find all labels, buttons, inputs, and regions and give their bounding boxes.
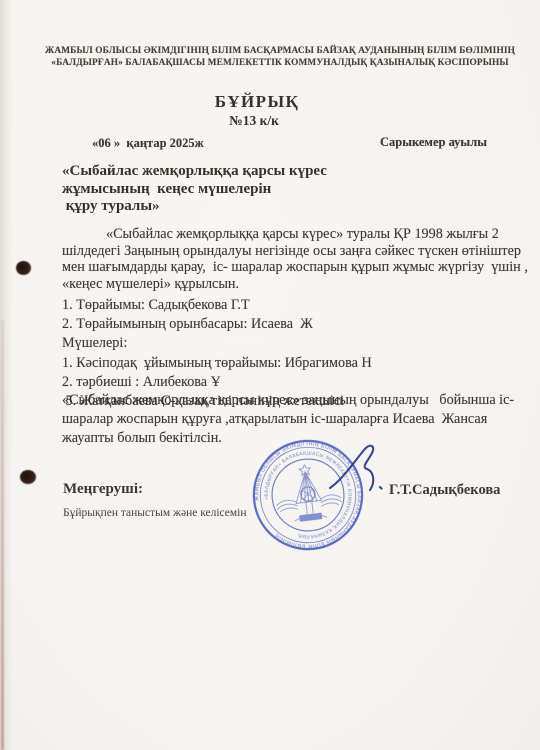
subject-line: «Сыбайлас жемқорлыққа қарсы күрес — [62, 163, 327, 181]
subject-line: құру туралы» — [62, 198, 327, 216]
order-title-box: БҰЙРЫҚ — [0, 92, 514, 112]
signatory-name: Г.Т.Садықбекова — [389, 482, 500, 499]
acknowledgement-note: Бұйрықпен таныстым және келісемін — [63, 507, 247, 519]
order-subject: «Сыбайлас жемқорлыққа қарсы күрес жұмысы… — [62, 163, 327, 216]
order-title: БҰЙРЫҚ — [215, 92, 300, 111]
closing-line: шаралар жоспарын құруға ,атқарылатын іс-… — [62, 410, 514, 429]
body-line: «Сыбайлас жемқорлыққа қарсы күрес» турал… — [62, 226, 528, 243]
body-line: шілдедегі Заңының орындалуы негізінде ос… — [62, 243, 528, 260]
binder-hole-top — [16, 261, 31, 275]
body-line: мен шағымдарды қарау, іс- шаралар жоспар… — [62, 259, 528, 276]
list-item: 1. Төрайымы: Садықбекова Г.Т — [62, 296, 372, 315]
scanned-order-document: { "scan": { "paper_color": "#f6f4f1", "i… — [0, 0, 540, 750]
order-number: №13 к/к — [0, 113, 508, 129]
binder-hole-bottom — [20, 470, 36, 484]
list-item: 2. тәрбиеші : Алибекова Ұ — [62, 373, 372, 392]
org-header: ЖАМБЫЛ ОБЛЫСЫ ӘКІМДІГІНІҢ БІЛІМ БАСҚАРМА… — [45, 46, 515, 69]
signatory-role: Меңгеруші: — [63, 481, 143, 498]
scan-left-edge-line — [1, 320, 4, 750]
subject-line: жұмысының кеңес мүшелерін — [62, 181, 327, 199]
closing-line: «Сыбайлас жемқорлыққа қарсы күрес» заңын… — [62, 391, 514, 410]
body-line: «кеңес мүшелері» құрылсын. — [62, 276, 528, 293]
org-header-line1: ЖАМБЫЛ ОБЛЫСЫ ӘКІМДІГІНІҢ БІЛІМ БАСҚАРМА… — [45, 46, 515, 58]
org-header-line2: «БАЛДЫРҒАН» БАЛАБАҚШАСЫ МЕМЛЕКЕТТІК КОММ… — [45, 58, 515, 70]
order-body: «Сыбайлас жемқорлыққа қарсы күрес» турал… — [62, 226, 528, 292]
list-item: 1. Кәсіподақ ұйымының төрайымы: Ибрагимо… — [62, 354, 372, 373]
order-date: «06 » қаңтар 2025ж — [92, 136, 204, 151]
list-item: 2. Төрайымының орынбасары: Исаева Ж — [62, 315, 372, 334]
order-place: Сарыкемер ауылы — [380, 135, 487, 150]
list-item: Мүшелері: — [62, 334, 372, 353]
